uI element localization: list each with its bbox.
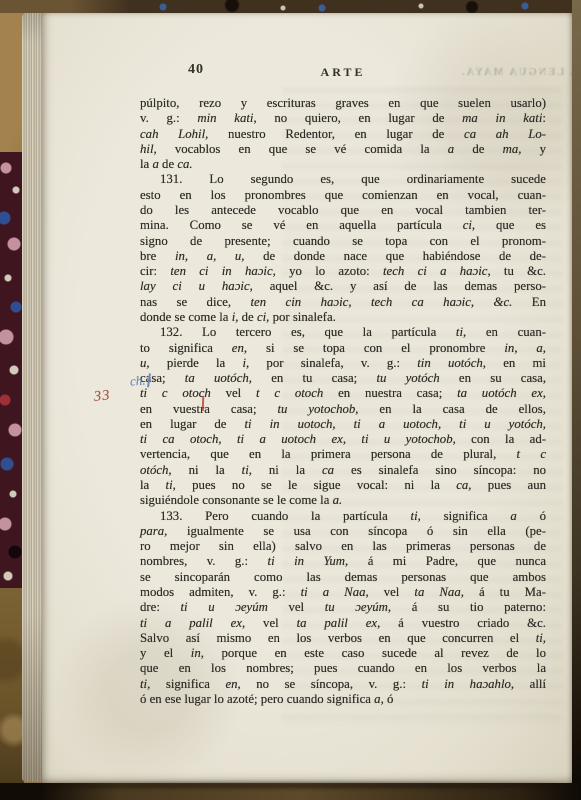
scanned-book-photo: 40 ARTE DE LA LENGUA MAYA. púlpito, rezo…: [0, 0, 581, 800]
text-line: y el in, porque en este caso sucede al r…: [140, 646, 546, 661]
book-bottom-edge: [0, 783, 581, 800]
text-line: hil, vocablos en que se vé comida la a d…: [140, 142, 546, 157]
paragraph: 133. Pero cuando la partícula ti, signif…: [140, 509, 546, 708]
text-line: 133. Pero cuando la partícula ti, signif…: [140, 509, 546, 524]
text-line: siguiéndole consonante se le come la a.: [140, 493, 546, 508]
page-header: 40 ARTE DE LA LENGUA MAYA.: [140, 62, 546, 80]
text-block: púlpito, rezo y escrituras graves en que…: [140, 96, 546, 707]
text-line: ti a palil ex, vel ta palil ex, á vuestr…: [140, 616, 546, 631]
text-line: 131. Lo segundo es, que ordinariamente s…: [140, 172, 546, 187]
text-line: esto en los pronombres que comienzan en …: [140, 188, 546, 203]
text-line: mina. Como se vé en aquella partícula ci…: [140, 218, 546, 233]
book-top-edge: [0, 0, 581, 13]
text-line: que en los nombres; pues cuando en los v…: [140, 661, 546, 676]
text-line: otóch, ni la ti, ni la ca es sinalefa si…: [140, 463, 546, 478]
text-line: bre in, a, u, de donde nace que habiéndo…: [140, 249, 546, 264]
paragraph: 131. Lo segundo es, que ordinariamente s…: [140, 172, 546, 325]
page-fore-edge-stack: [22, 12, 42, 782]
book-gutter-right: [572, 0, 581, 800]
text-line: modos admiten, v. g.: ti a Naa, vel ta N…: [140, 585, 546, 600]
text-line: cah Lohil, nuestro Redentor, en lugar de…: [140, 127, 546, 142]
text-line: u, pierde la i, por sinalefa, v. g.: tin…: [140, 356, 546, 371]
text-line: nas se dice, ten cin haɔic, tech ca haɔi…: [140, 295, 546, 310]
text-line: para, igualmente se usa con síncopa ó si…: [140, 524, 546, 539]
text-line: 132. Lo tercero es, que la partícula ti,…: [140, 325, 546, 340]
text-line: Salvo así mismo en los verbos en que con…: [140, 631, 546, 646]
margin-note-blue-text: ch.: [129, 373, 146, 389]
paragraph: púlpito, rezo y escrituras graves en que…: [140, 96, 546, 172]
text-line: vertencia, que en la primera persona de …: [140, 447, 546, 462]
text-line: ro mejor sin ella) salvo en las primeras…: [140, 539, 546, 554]
text-line: se sincoparán como las demas personas qu…: [140, 570, 546, 585]
paragraph: 132. Lo tercero es, que la partícula ti,…: [140, 325, 546, 508]
text-line: do les antecede vocablo que en vocal tam…: [140, 203, 546, 218]
book-page: 40 ARTE DE LA LENGUA MAYA. púlpito, rezo…: [42, 12, 572, 783]
text-line: la a de ca.: [140, 157, 546, 172]
text-line: la ti, pues no se le sigue vocal: ni la …: [140, 478, 546, 493]
text-line: lay ci u haɔic, aquel &c. y así de las d…: [140, 279, 546, 294]
text-line: nombres, v. g.: ti in Yum, á mi Padre, q…: [140, 554, 546, 569]
margin-note-red: 33: [93, 387, 111, 406]
text-line: casa; ta uotóch, en tu casa; tu yotóch e…: [140, 371, 546, 386]
text-line: en lugar de ti in uotoch, ti a uotoch, t…: [140, 417, 546, 432]
text-line: cir: ten ci in haɔic, yo lo azoto: tech …: [140, 264, 546, 279]
text-line: donde se come la i, de ci, por sinalefa.: [140, 310, 546, 325]
text-line: ti ca otoch, ti a uotoch ex, ti u yotoch…: [140, 432, 546, 447]
text-line: púlpito, rezo y escrituras graves en que…: [140, 96, 546, 111]
text-line: signo de presente; cuando se topa con el…: [140, 234, 546, 249]
text-line: v. g.: min kati, no quiero, en lugar de …: [140, 111, 546, 126]
margin-note-blue: ch.: [129, 372, 149, 389]
text-line: ó en ese lugar lo azoté; pero cuando sig…: [140, 692, 546, 707]
text-line: dre: ti u ɔeyúm vel tu ɔeyúm, á su tio p…: [140, 600, 546, 615]
text-line: to significa en, si se topa con el prono…: [140, 341, 546, 356]
marbled-endpaper-edge: [0, 152, 22, 588]
ghost-title-showthrough: DE LA LENGUA MAYA.: [460, 67, 581, 78]
text-line: ti, significa en, no se síncopa, v. g.: …: [140, 677, 546, 692]
text-line: ti c otoch vel t c otoch en nuestra casa…: [140, 386, 546, 401]
